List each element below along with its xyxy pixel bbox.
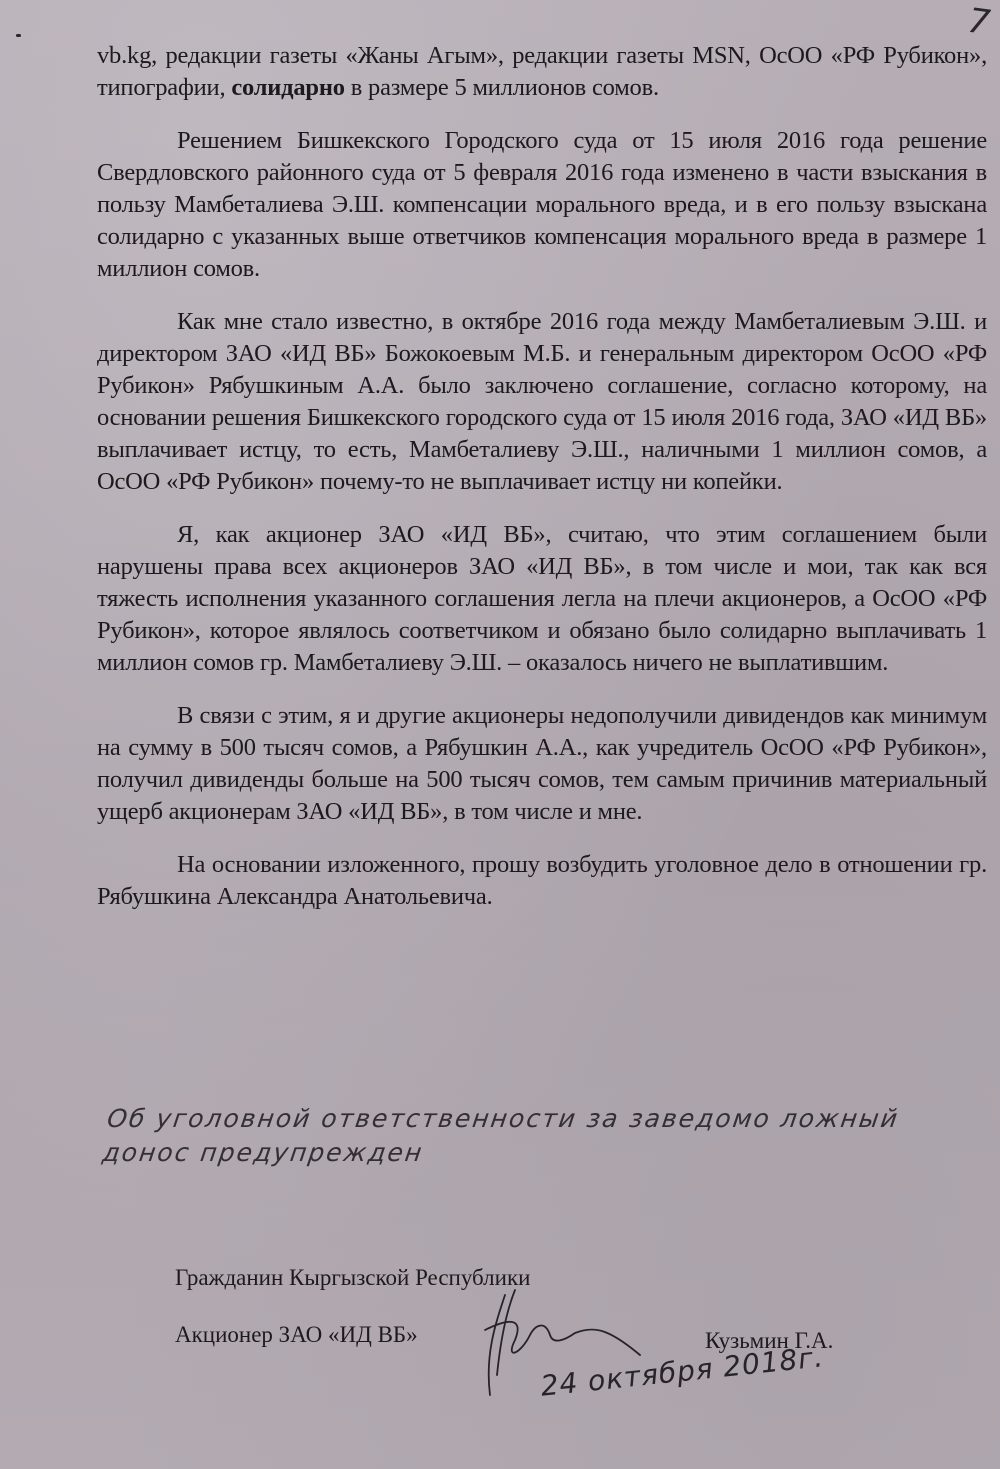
text-run: Я, как акционер ЗАО «ИД ВБ», считаю, что… — [97, 521, 987, 676]
text-run: В связи с этим, я и другие акционеры нед… — [97, 702, 987, 825]
text-run: в размере 5 миллионов сомов. — [345, 74, 659, 101]
paragraph: Решением Бишкекского Городского суда от … — [97, 125, 987, 285]
document-page: 7 vb.kg, редакции газеты «Жаны Агым», ре… — [0, 0, 1000, 1469]
paragraph: На основании изложенного, прошу возбудит… — [97, 849, 987, 913]
document-body: vb.kg, редакции газеты «Жаны Агым», реда… — [97, 40, 987, 934]
paragraph: Как мне стало известно, в октябре 2016 г… — [97, 306, 987, 498]
text-run: На основании изложенного, прошу возбудит… — [97, 851, 987, 910]
bold-text: солидарно — [231, 74, 345, 101]
paragraph: vb.kg, редакции газеты «Жаны Агым», реда… — [97, 40, 987, 104]
handwritten-note: Об уголовной ответственности за заведомо… — [100, 1102, 990, 1170]
signer-role: Акционер ЗАО «ИД ВБ» — [175, 1322, 418, 1348]
paragraph: Я, как акционер ЗАО «ИД ВБ», считаю, что… — [97, 519, 987, 679]
handwritten-page-number: 7 — [965, 1, 992, 44]
text-run: Как мне стало известно, в октябре 2016 г… — [97, 308, 987, 495]
paper-speck — [16, 34, 21, 37]
paragraph: В связи с этим, я и другие акционеры нед… — [97, 700, 987, 828]
text-run: Решением Бишкекского Городского суда от … — [97, 127, 987, 282]
